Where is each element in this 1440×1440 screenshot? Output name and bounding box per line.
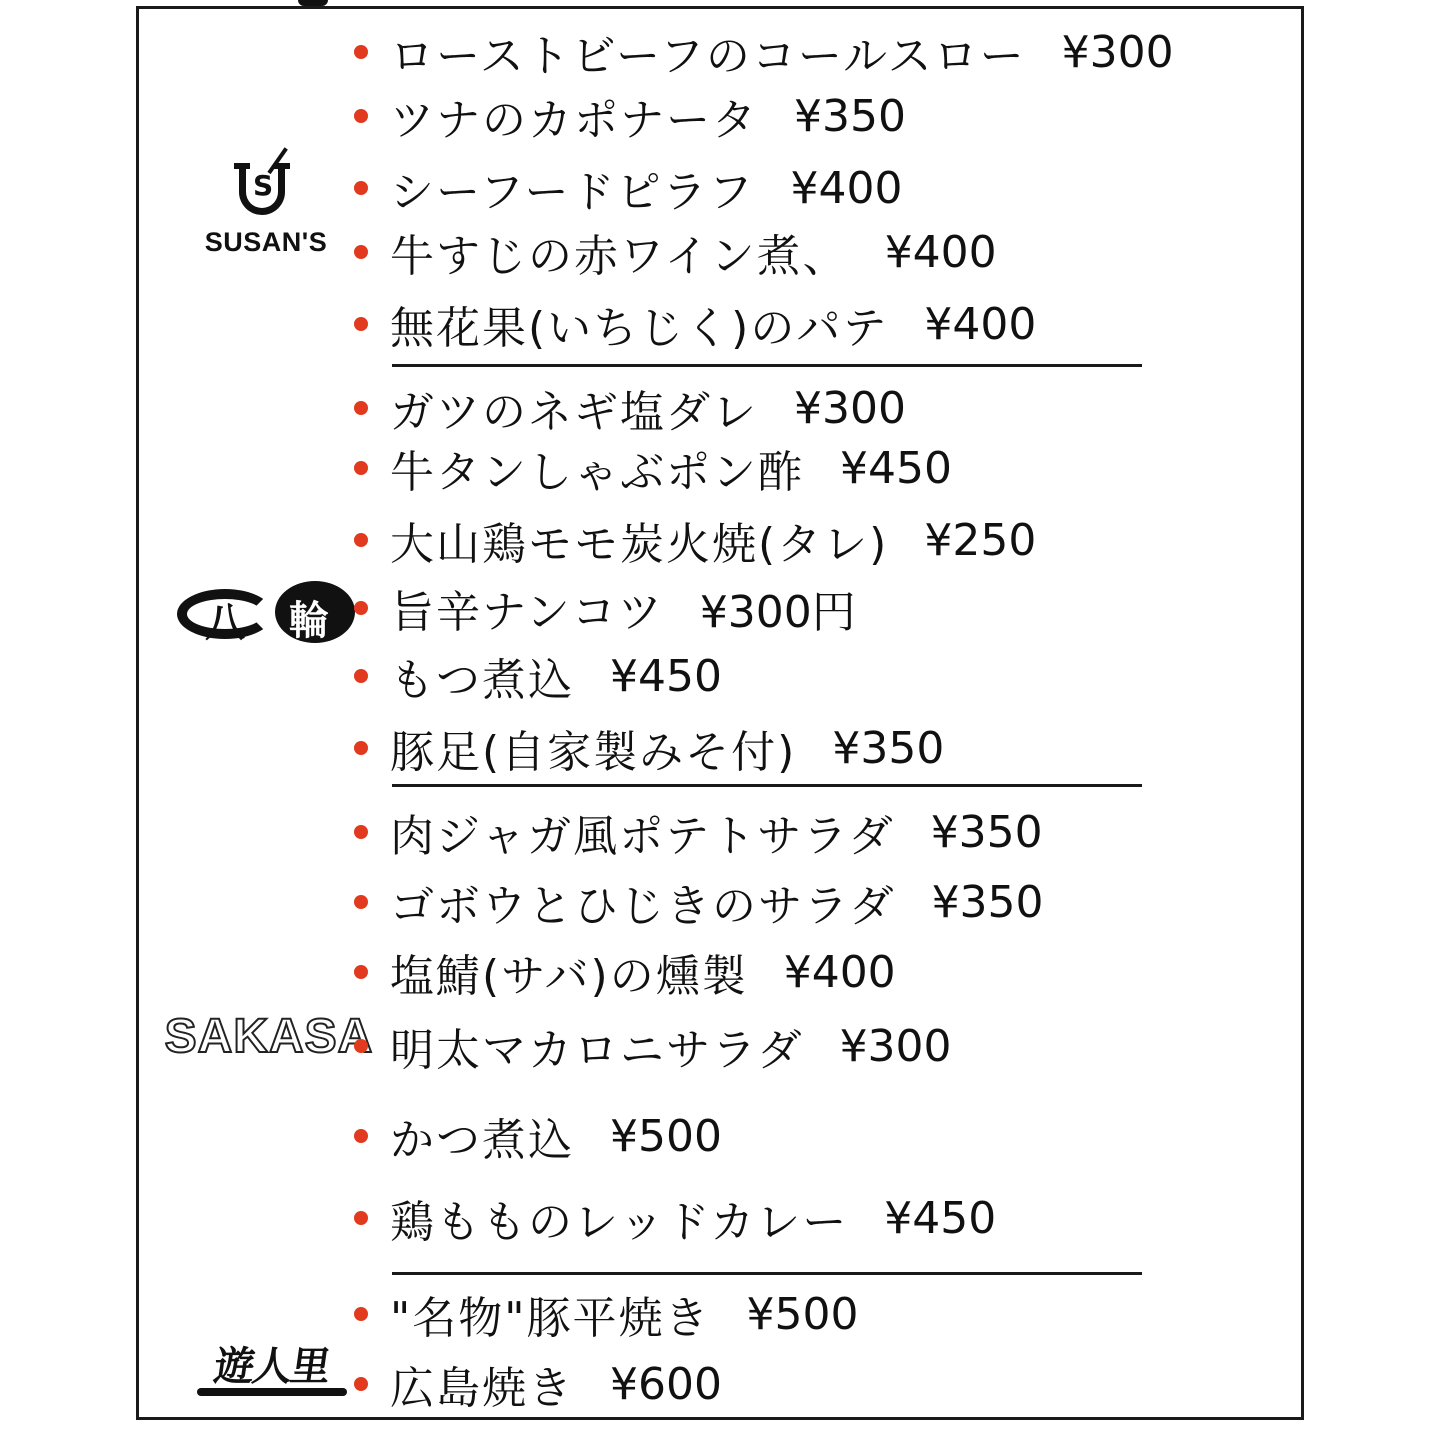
menu-item: 鶏もものレッドカレー¥450 bbox=[354, 1186, 996, 1250]
bullet-dot-icon bbox=[354, 601, 368, 615]
bullet-dot-icon bbox=[354, 181, 368, 195]
bullet-dot-icon bbox=[354, 317, 368, 331]
price: ¥300 bbox=[1062, 27, 1174, 78]
price: ¥450 bbox=[884, 1193, 996, 1244]
menu-item: ローストビーフのコールスロー¥300 bbox=[354, 20, 1174, 84]
susans-u-spoon-icon: S bbox=[231, 143, 301, 223]
price: ¥450 bbox=[610, 651, 722, 702]
price: ¥350 bbox=[931, 807, 1043, 858]
menu-item: 牛すじの赤ワイン煮、¥400 bbox=[354, 220, 997, 284]
bullet-dot-icon bbox=[354, 245, 368, 259]
price: ¥400 bbox=[885, 227, 997, 278]
menu-item: シーフードピラフ¥400 bbox=[354, 156, 902, 220]
menu-item: 無花果(いちじく)のパテ¥400 bbox=[354, 292, 1036, 356]
price: ¥450 bbox=[840, 443, 952, 494]
menu-item: 牛タンしゃぶポン酢¥450 bbox=[354, 436, 952, 500]
bullet-dot-icon bbox=[354, 965, 368, 979]
menu-item: 大山鶏モモ炭火焼(タレ)¥250 bbox=[354, 508, 1036, 572]
menu-item: もつ煮込¥450 bbox=[354, 644, 722, 708]
bullet-dot-icon bbox=[354, 1377, 368, 1391]
bullet-dot-icon bbox=[354, 895, 368, 909]
menu-item: 肉ジャガ風ポテトサラダ¥350 bbox=[354, 800, 1043, 864]
section-divider bbox=[392, 364, 1142, 367]
price: ¥400 bbox=[790, 163, 902, 214]
menu-item: 豚足(自家製みそ付)¥350 bbox=[354, 716, 944, 780]
bullet-dot-icon bbox=[354, 1039, 368, 1053]
section-divider bbox=[392, 1272, 1142, 1275]
bullet-dot-icon bbox=[354, 461, 368, 475]
price: ¥500 bbox=[746, 1289, 858, 1340]
price: ¥500 bbox=[610, 1111, 722, 1162]
shop-name-yujinri: 遊人里 bbox=[211, 1335, 333, 1392]
bullet-dot-icon bbox=[354, 741, 368, 755]
price: ¥250 bbox=[924, 515, 1036, 566]
shop-name-sakasa: SAKASA bbox=[165, 1009, 374, 1064]
top-edge-mark bbox=[298, 0, 328, 6]
menu-item: 塩鯖(サバ)の燻製¥400 bbox=[354, 940, 896, 1004]
bullet-dot-icon bbox=[354, 1211, 368, 1225]
bullet-dot-icon bbox=[354, 45, 368, 59]
logo-sakasa: SAKASA bbox=[162, 1008, 376, 1064]
price: ¥600 bbox=[610, 1359, 722, 1410]
price: ¥350 bbox=[932, 877, 1044, 928]
logo-susans: S SUSAN'S bbox=[186, 130, 346, 270]
bullet-dot-icon bbox=[354, 533, 368, 547]
bullet-dot-icon bbox=[354, 1129, 368, 1143]
price: ¥300 bbox=[794, 383, 906, 434]
menu-item: ツナのカポナータ¥350 bbox=[354, 84, 906, 148]
price: ¥400 bbox=[784, 947, 896, 998]
shop-name-susans: SUSAN'S bbox=[205, 227, 327, 258]
menu-item: かつ煮込¥500 bbox=[354, 1104, 722, 1168]
price: ¥300円 bbox=[700, 576, 856, 640]
price: ¥350 bbox=[794, 91, 906, 142]
price: ¥400 bbox=[924, 299, 1036, 350]
logo-yujinri: 遊人里 bbox=[172, 1320, 372, 1410]
menu-item: ゴボウとひじきのサラダ¥350 bbox=[354, 870, 1044, 934]
bullet-dot-icon bbox=[354, 1307, 368, 1321]
menu-item: 広島焼き¥600 bbox=[354, 1352, 722, 1416]
price: ¥350 bbox=[832, 723, 944, 774]
section-divider bbox=[392, 784, 1142, 787]
bullet-dot-icon bbox=[354, 669, 368, 683]
logo-hachirin: 八 輪 bbox=[168, 574, 364, 646]
hachirin-infinity-icon: 八 輪 bbox=[171, 575, 361, 645]
price: ¥300 bbox=[840, 1021, 952, 1072]
menu-item: ガツのネギ塩ダレ¥300 bbox=[354, 376, 906, 440]
bullet-dot-icon bbox=[354, 401, 368, 415]
menu-item: 明太マカロニサラダ¥300 bbox=[354, 1014, 952, 1078]
bullet-dot-icon bbox=[354, 825, 368, 839]
menu-item: "名物"豚平焼き¥500 bbox=[354, 1282, 858, 1346]
menu-item: 旨辛ナンコツ¥300円 bbox=[354, 576, 856, 640]
bullet-dot-icon bbox=[354, 109, 368, 123]
